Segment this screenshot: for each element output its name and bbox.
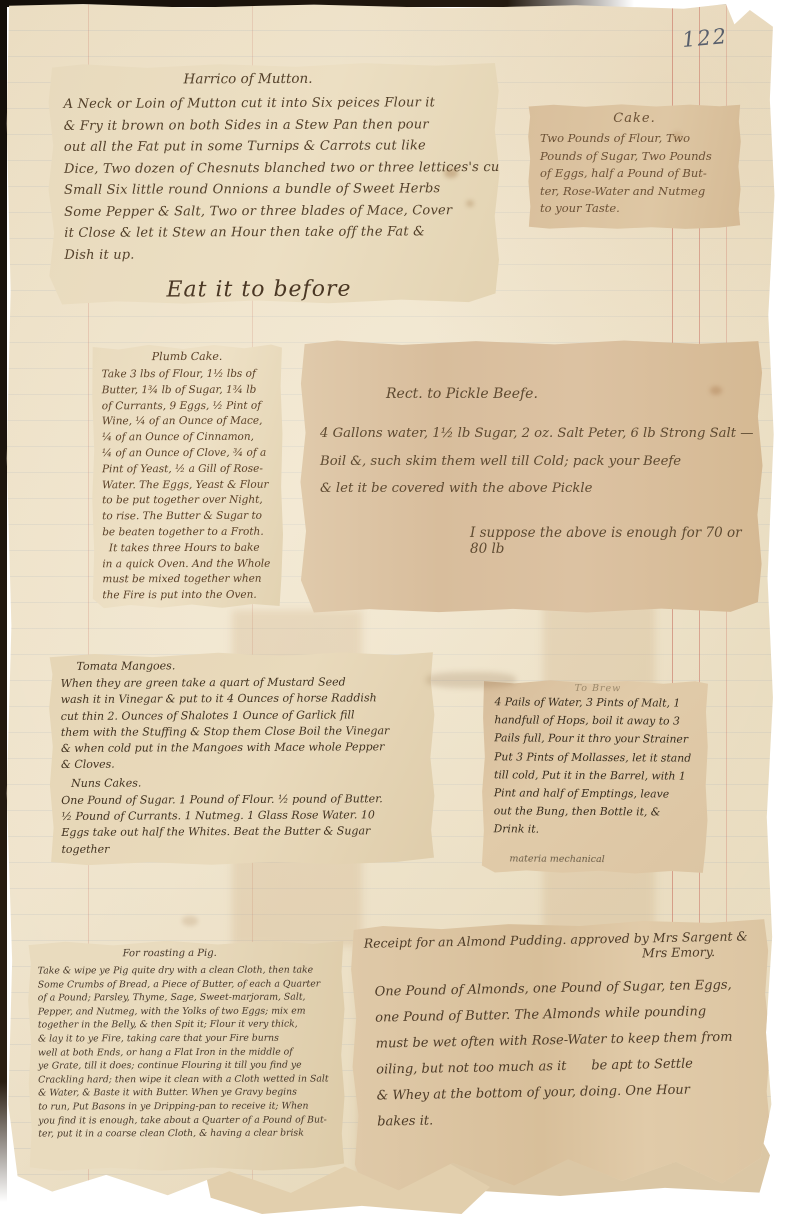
foxing-stain (466, 200, 474, 207)
recipe-note-almond-pudding: Receipt for an Almond Pudding. approved … (349, 918, 773, 1197)
manuscript-line: Boil &, such skim them well till Cold; p… (320, 448, 743, 476)
manuscript-line: Eggs take out half the Whites. Beat the … (61, 823, 423, 841)
manuscript-line: ter, put it in a coarse clean Cloth, & h… (38, 1127, 335, 1142)
manuscript-line: of a Pound; Parsley, Thyme, Sage, Sweet-… (38, 991, 335, 1006)
manuscript-line: Pint and half of Emptings, leave (494, 784, 696, 804)
note-title: Harrico of Mutton. (184, 70, 484, 87)
manuscript-line: ½ Pound of Currants. 1 Nutmeg. 1 Glass R… (61, 807, 423, 825)
manuscript-line: Pepper, and Nutmeg, with the Yolks of tw… (38, 1004, 335, 1019)
note-body: One Pound of Almonds, one Pound of Sugar… (374, 972, 758, 1135)
manuscript-line: Dish it up. (64, 243, 484, 266)
manuscript-line: Two Pounds of Flour, Two (540, 130, 729, 148)
foxing-stain (710, 386, 722, 395)
manuscript-line: Drink it. (494, 821, 696, 841)
manuscript-line: out all the Fat put in some Turnips & Ca… (64, 135, 484, 158)
note-body: Take & wipe ye Pig quite dry with a clea… (38, 963, 336, 1141)
foxing-stain (444, 168, 458, 178)
note-subtitle: Nuns Cakes. (71, 775, 423, 790)
manuscript-line: Pint of Yeast, ½ a Gill of Rose- (102, 461, 273, 477)
ledger-page: 122 Harrico of Mutton. A Neck or Loin of… (6, 4, 776, 1200)
manuscript-line: to your Taste. (540, 200, 729, 218)
manuscript-line: to rise. The Butter & Sugar to (102, 509, 273, 525)
page-number: 122 (681, 24, 729, 52)
manuscript-line: wash it in Vinegar & put to it 4 Ounces … (61, 690, 423, 708)
manuscript-line: ¼ of an Ounce of Cinnamon, (102, 430, 273, 446)
manuscript-line: Pails full, Pour it thro your Strainer (494, 730, 696, 750)
manuscript-line: & Cloves. (61, 756, 423, 774)
manuscript-line: you find it is enough, take about a Quar… (38, 1113, 335, 1128)
recipe-note-plumb-cake: Plumb Cake. Take 3 lbs of Flour, 1½ lbs … (92, 344, 284, 610)
note-body: When they are green take a quart of Must… (61, 674, 424, 774)
manuscript-line: Some Crumbs of Bread, a Piece of Butter,… (38, 977, 335, 992)
pencil-heading: To Brew (575, 683, 697, 695)
manuscript-line: of Currants, 9 Eggs, ½ Pint of (102, 398, 273, 414)
manuscript-line: Put 3 Pints of Mollasses, let it stand (494, 748, 696, 768)
manuscript-line: the Fire is put into the Oven. (102, 588, 273, 604)
note-title: Tomata Mangoes. (76, 658, 422, 673)
manuscript-line: it Close & let it Stew an Hour then take… (64, 221, 484, 244)
manuscript-line: be beaten together to a Froth. (102, 525, 273, 541)
manuscript-line: Small Six little round Onnions a bundle … (64, 178, 484, 201)
recipe-note-to-brew: To Brew 4 Pails of Water, 3 Pints of Mal… (481, 679, 708, 875)
manuscript-line: When they are green take a quart of Must… (61, 674, 423, 692)
manuscript-line: & when cold put in the Mangoes with Mace… (61, 739, 423, 757)
note-title: Plumb Cake. (102, 350, 273, 364)
note-body: Two Pounds of Flour, TwoPounds of Sugar,… (540, 130, 729, 218)
note-title: For roasting a Pig. (123, 947, 335, 959)
note-footnote: materia mechanical (509, 853, 695, 865)
note-body: Take 3 lbs of Flour, 1½ lbs ofButter, 1¾… (102, 367, 274, 605)
manuscript-line: ye Grate, till it does; continue Flourin… (38, 1059, 335, 1074)
manuscript-line: ¼ of an Ounce of Clove, ¾ of a (102, 446, 273, 462)
manuscript-line: must be mixed together when (102, 572, 273, 588)
scrapbook-scan: 122 Harrico of Mutton. A Neck or Loin of… (0, 0, 788, 1227)
foxing-stain (672, 132, 682, 140)
manuscript-line: Dice, Two dozen of Chesnuts blanched two… (64, 157, 484, 180)
recipe-note-roasting-pig: For roasting a Pig. Take & wipe ye Pig q… (28, 939, 346, 1171)
manuscript-line: to run, Put Basons in ye Dripping-pan to… (38, 1099, 335, 1114)
note-body: 4 Gallons water, 1½ lb Sugar, 2 oz. Salt… (320, 420, 743, 503)
manuscript-line: Butter, 1¾ lb of Sugar, 1¾ lb (102, 382, 273, 398)
manuscript-line: cut thin 2. Ounces of Shalotes 1 Ounce o… (61, 707, 423, 725)
note-body: One Pound of Sugar. 1 Pound of Flour. ½ … (61, 791, 423, 858)
manuscript-line: & Fry it brown on both Sides in a Stew P… (64, 114, 484, 137)
manuscript-line: out the Bung, then Bottle it, & (494, 803, 696, 823)
scanner-backing-left-edge (0, 0, 7, 1202)
manuscript-line: One Pound of Sugar. 1 Pound of Flour. ½ … (61, 791, 423, 809)
manuscript-line: of Eggs, half a Pound of But- (540, 165, 729, 183)
ink-offset-smudge (426, 672, 516, 688)
note-body: 4 Pails of Water, 3 Pints of Malt, 1hand… (494, 693, 697, 840)
manuscript-line: Some Pepper & Salt, Two or three blades … (64, 200, 484, 223)
manuscript-line: 4 Pails of Water, 3 Pints of Malt, 1 (494, 693, 696, 713)
manuscript-line: ter, Rose-Water and Nutmeg (540, 183, 729, 201)
manuscript-line: Pounds of Sugar, Two Pounds (540, 148, 729, 166)
manuscript-line: Wine, ¼ of an Ounce of Mace, (102, 414, 273, 430)
manuscript-line: & lay it to ye Fire, taking care that yo… (38, 1031, 335, 1046)
manuscript-line: in a quick Oven. And the Whole (102, 556, 273, 572)
foxing-stain (182, 916, 198, 926)
manuscript-line: Water. The Eggs, Yeast & Flour (102, 477, 273, 493)
note-title: Cake. (540, 111, 729, 126)
manuscript-line: Take & wipe ye Pig quite dry with a clea… (38, 963, 335, 978)
manuscript-line: well at both Ends, or hang a Flat Iron i… (38, 1045, 335, 1060)
recipe-note-tomata-mangoes: Tomata Mangoes. When they are green take… (48, 651, 435, 866)
manuscript-line: them with the Stuffing & Stop them Close… (61, 723, 423, 741)
manuscript-line: Crackling hard; then wipe it clean with … (38, 1072, 335, 1087)
manuscript-line: Take 3 lbs of Flour, 1½ lbs of (102, 367, 273, 383)
note-footnote: Eat it to before (166, 276, 484, 302)
manuscript-line: to be put together over Night, (102, 493, 273, 509)
manuscript-line: & Water, & Baste it with Butter. When ye… (38, 1086, 335, 1101)
manuscript-line: 4 Gallons water, 1½ lb Sugar, 2 oz. Salt… (320, 420, 743, 448)
manuscript-line: together (61, 840, 423, 858)
manuscript-line: It takes three Hours to bake (102, 540, 273, 556)
manuscript-line: A Neck or Loin of Mutton cut it into Six… (64, 92, 484, 115)
manuscript-line: & let it be covered with the above Pickl… (320, 475, 743, 503)
note-title: Rect. to Pickle Beefe. (386, 386, 743, 402)
manuscript-line: together in the Belly, & then Spit it; F… (38, 1018, 335, 1033)
note-footnote: I suppose the above is enough for 70 or … (470, 525, 743, 557)
note-body: A Neck or Loin of Mutton cut it into Six… (64, 92, 485, 266)
recipe-note-cake: Cake. Two Pounds of Flour, TwoPounds of … (528, 104, 741, 229)
recipe-note-pickle-beef: Rect. to Pickle Beefe. 4 Gallons water, … (300, 340, 763, 613)
recipe-note-harrico-of-mutton: Harrico of Mutton. A Neck or Loin of Mut… (47, 62, 500, 305)
manuscript-line: till cold, Put it in the Barrel, with 1 (494, 766, 696, 786)
manuscript-line: handfull of Hops, boil it away to 3 (494, 711, 696, 731)
